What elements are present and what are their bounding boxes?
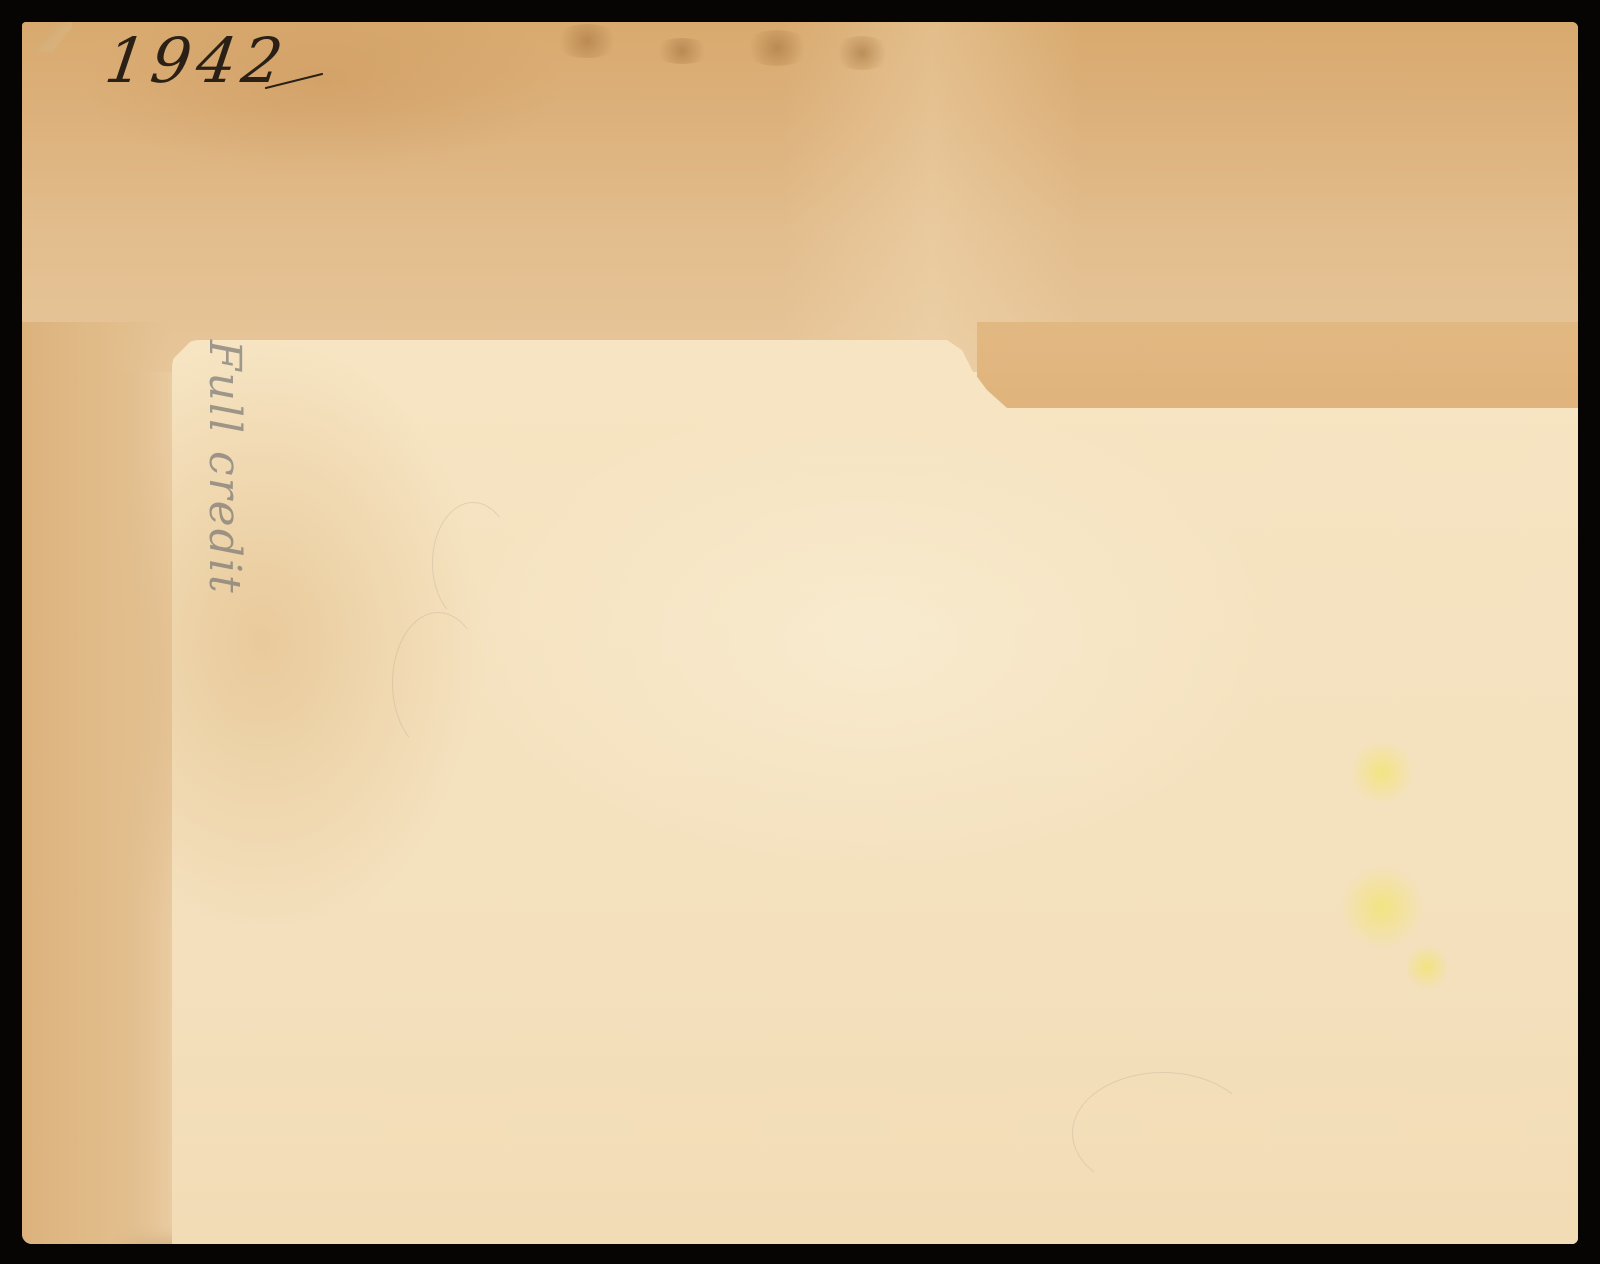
stain bbox=[832, 36, 892, 70]
handwritten-credit-note: Full credit bbox=[202, 340, 246, 595]
yellow-stain bbox=[1407, 942, 1447, 992]
stain bbox=[652, 38, 712, 64]
toned-left-strip bbox=[22, 322, 172, 1244]
stain bbox=[552, 24, 622, 58]
toned-right-tab bbox=[977, 322, 1578, 408]
handwritten-year: 1942 bbox=[102, 30, 293, 92]
yellow-stain bbox=[1342, 862, 1422, 952]
scan-background: 1942 Full credit bbox=[0, 0, 1600, 1264]
faint-pencil-mark bbox=[392, 612, 484, 754]
photo-reverse-sheet: 1942 Full credit bbox=[22, 22, 1578, 1244]
stain bbox=[742, 30, 812, 66]
faint-pencil-mark bbox=[1072, 1072, 1254, 1194]
faint-pencil-mark bbox=[432, 502, 514, 624]
yellow-stain bbox=[1352, 737, 1412, 807]
top-edge-stains bbox=[542, 24, 902, 74]
